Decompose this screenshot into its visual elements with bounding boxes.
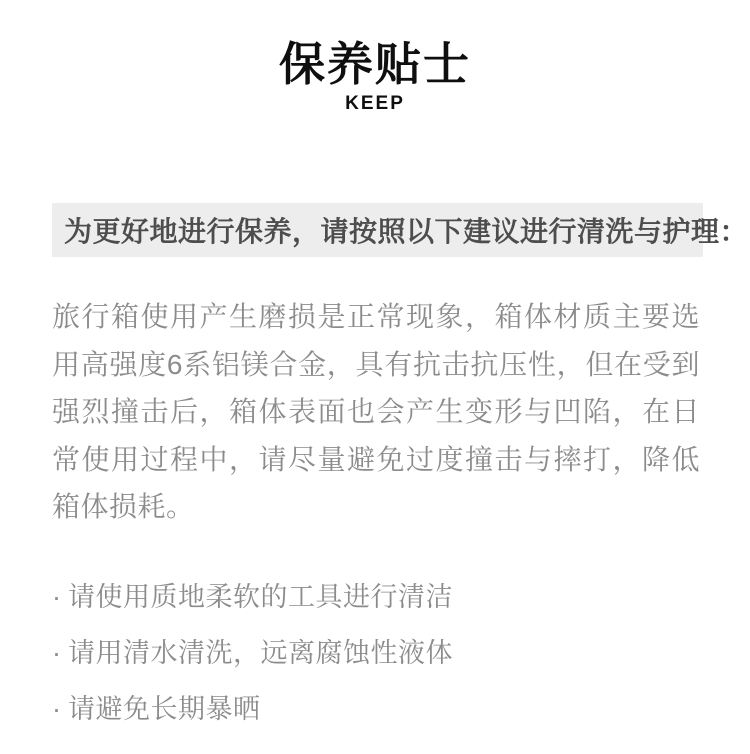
bullet-dot-icon: · [52,583,68,611]
tip-item: · 请用清水清洗，远离腐蚀性液体 [52,639,700,667]
care-tips-list: · 请使用质地柔软的工具进行清洁 · 请用清水清洗，远离腐蚀性液体 · 请避免长… [52,583,700,723]
page-header: 保养贴士 KEEP [0,0,750,113]
care-description: 旅行箱使用产生磨损是正常现象，箱体材质主要选用高强度6系铝镁合金，具有抗击抗压性… [52,293,700,531]
tip-label: 请避免长期暴晒 [68,695,261,723]
tip-label: 请使用质地柔软的工具进行清洁 [68,583,453,611]
tip-item: · 请使用质地柔软的工具进行清洁 [52,583,700,611]
tip-label: 请用清水清洗，远离腐蚀性液体 [68,639,453,667]
bullet-dot-icon: · [52,695,68,723]
page-subtitle: KEEP [0,94,750,113]
care-advice-banner: 为更好地进行保养，请按照以下建议进行清洗与护理： [52,203,703,257]
care-tips-page: 保养贴士 KEEP 为更好地进行保养，请按照以下建议进行清洗与护理： 旅行箱使用… [0,0,750,754]
care-advice-banner-text: 为更好地进行保养，请按照以下建议进行清洗与护理： [64,210,748,250]
bullet-dot-icon: · [52,639,68,667]
page-title: 保养贴士 [0,40,750,88]
tip-item: · 请避免长期暴晒 [52,695,700,723]
